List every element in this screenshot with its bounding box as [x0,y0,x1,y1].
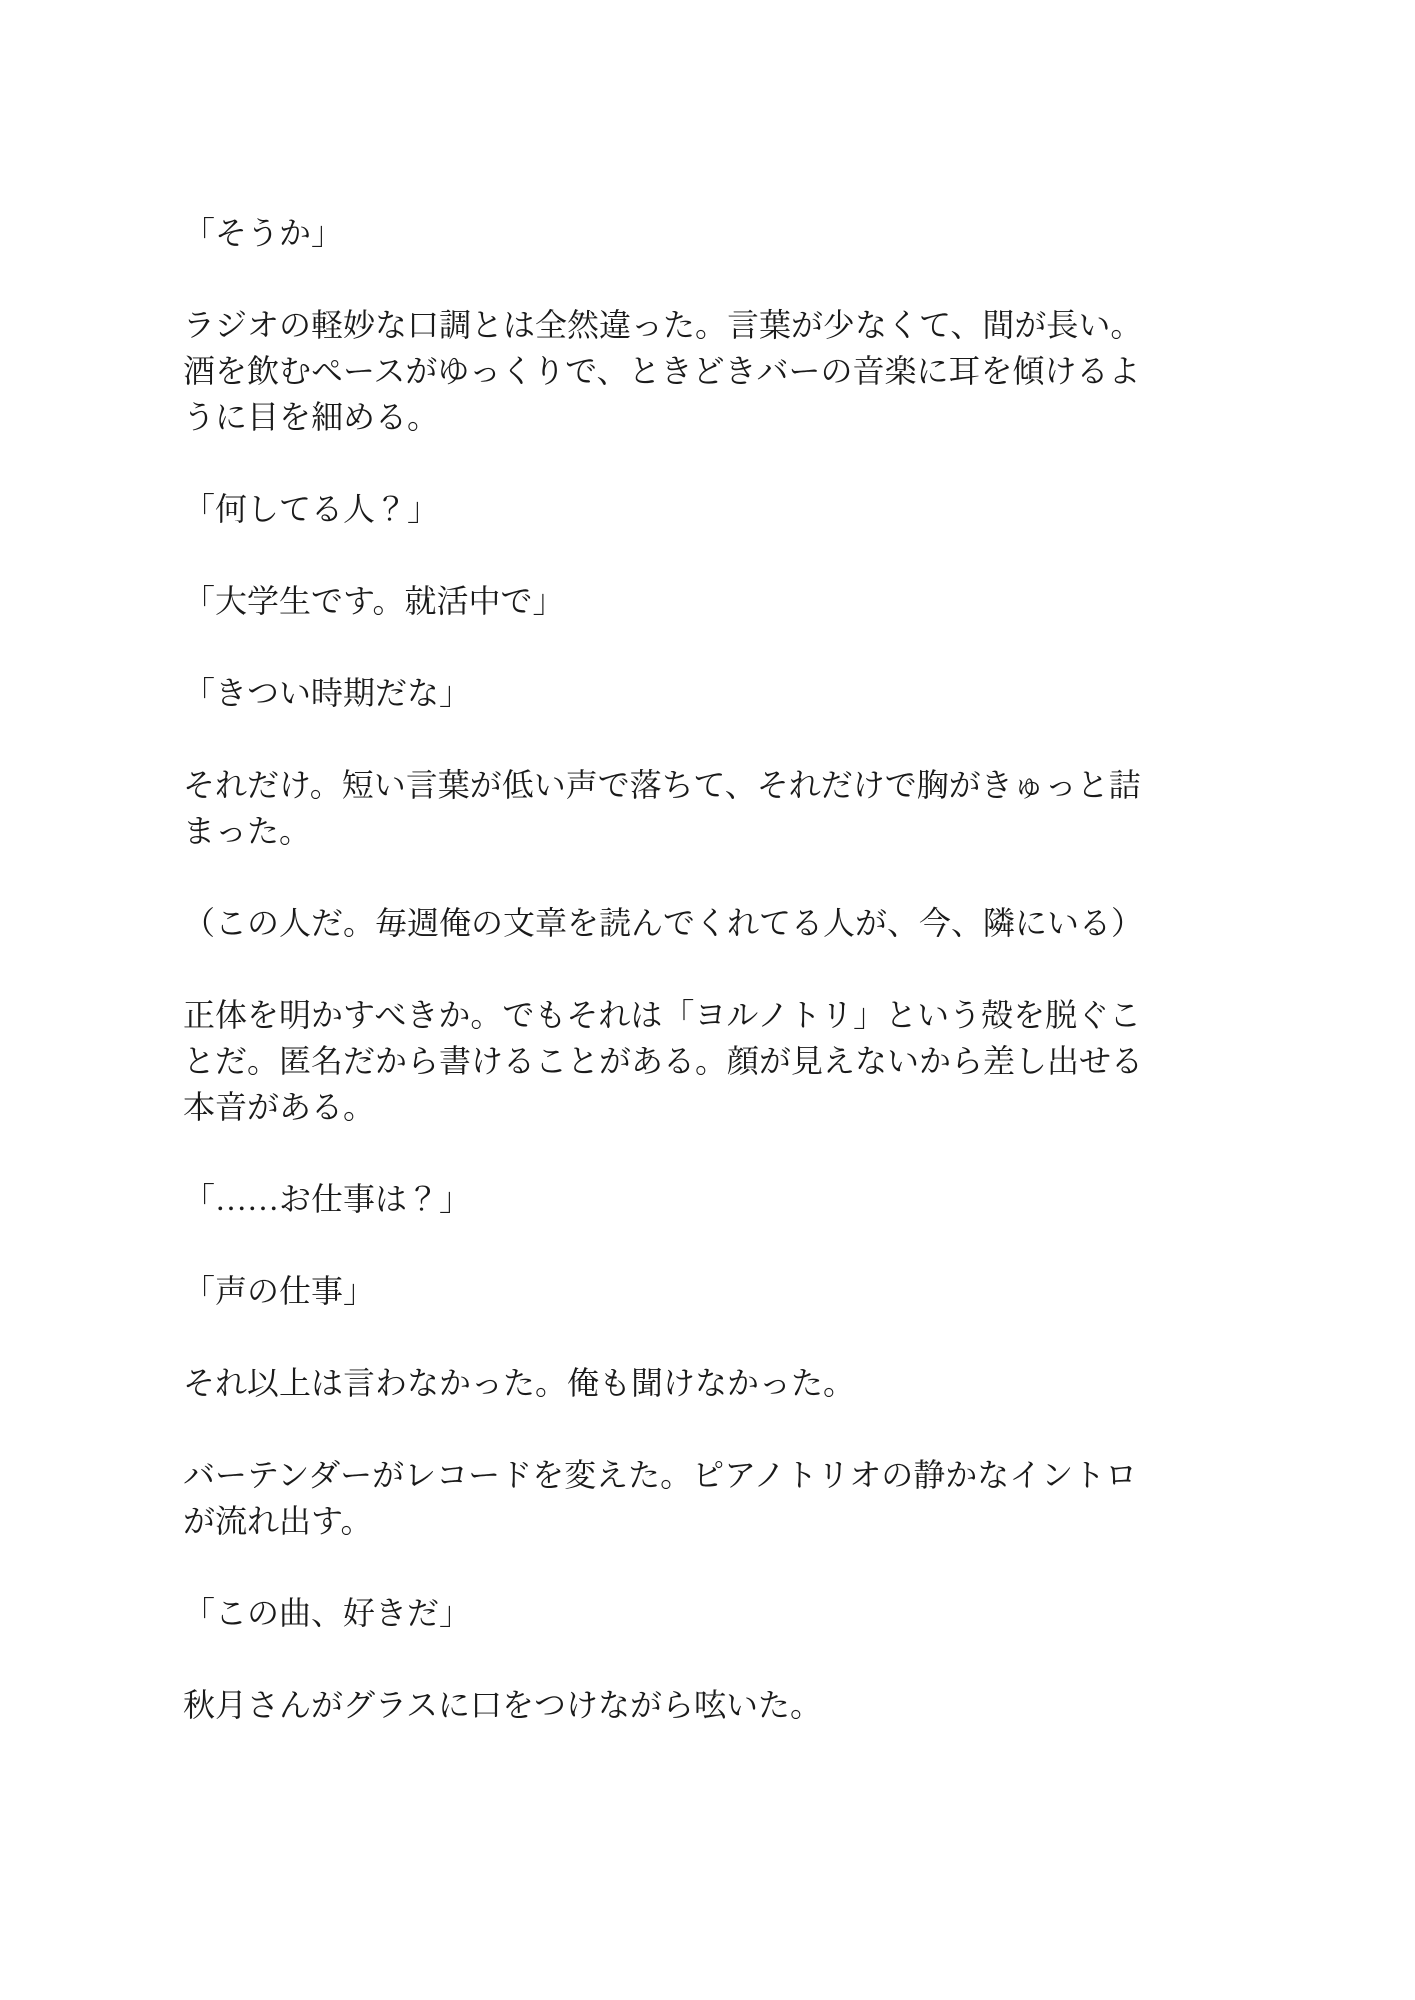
text-line: （この人だ。毎週俺の文章を読んでくれてる人が、今、隣にいる） [183,900,1235,946]
paragraph: 「そうか」 [183,210,1235,256]
text-line: 本音がある。 [183,1084,1235,1130]
paragraph: 「声の仕事」 [183,1268,1235,1314]
text-line: 「何してる人？」 [183,486,1235,532]
text-line: バーテンダーがレコードを変えた。ピアノトリオの静かなイントロ [183,1452,1235,1498]
text-line: 酒を飲むペースがゆっくりで、ときどきバーの音楽に耳を傾けるよ [183,348,1235,394]
paragraph: それ以上は言わなかった。俺も聞けなかった。 [183,1360,1235,1406]
paragraph: それだけ。短い言葉が低い声で落ちて、それだけで胸がきゅっと詰 まった。 [183,762,1235,854]
paragraph: 「大学生です。就活中で」 [183,578,1235,624]
paragraph: 「きつい時期だな」 [183,670,1235,716]
text-line: ラジオの軽妙な口調とは全然違った。言葉が少なくて、間が長い。 [183,302,1235,348]
text-line: 正体を明かすべきか。でもそれは「ヨルノトリ」という殻を脱ぐこ [183,992,1235,1038]
text-line: 「そうか」 [183,210,1235,256]
paragraph: バーテンダーがレコードを変えた。ピアノトリオの静かなイントロ が流れ出す。 [183,1452,1235,1544]
paragraph: （この人だ。毎週俺の文章を読んでくれてる人が、今、隣にいる） [183,900,1235,946]
text-line: が流れ出す。 [183,1498,1235,1544]
paragraph: 「この曲、好きだ」 [183,1590,1235,1636]
text-line: 「……お仕事は？」 [183,1176,1235,1222]
text-line: とだ。匿名だから書けることがある。顔が見えないから差し出せる [183,1038,1235,1084]
paragraph: 秋月さんがグラスに口をつけながら呟いた。 [183,1682,1235,1728]
paragraph: ラジオの軽妙な口調とは全然違った。言葉が少なくて、間が長い。 酒を飲むペースがゆ… [183,302,1235,440]
text-line: 「この曲、好きだ」 [183,1590,1235,1636]
paragraph: 「何してる人？」 [183,486,1235,532]
paragraph: 正体を明かすべきか。でもそれは「ヨルノトリ」という殻を脱ぐこ とだ。匿名だから書… [183,992,1235,1130]
text-line: それ以上は言わなかった。俺も聞けなかった。 [183,1360,1235,1406]
text-line: 「きつい時期だな」 [183,670,1235,716]
text-line: うに目を細める。 [183,394,1235,440]
text-line: 「声の仕事」 [183,1268,1235,1314]
text-line: まった。 [183,808,1235,854]
text-line: それだけ。短い言葉が低い声で落ちて、それだけで胸がきゅっと詰 [183,762,1235,808]
document-page: 「そうか」 ラジオの軽妙な口調とは全然違った。言葉が少なくて、間が長い。 酒を飲… [0,0,1415,2000]
paragraph: 「……お仕事は？」 [183,1176,1235,1222]
text-line: 「大学生です。就活中で」 [183,578,1235,624]
text-line: 秋月さんがグラスに口をつけながら呟いた。 [183,1682,1235,1728]
